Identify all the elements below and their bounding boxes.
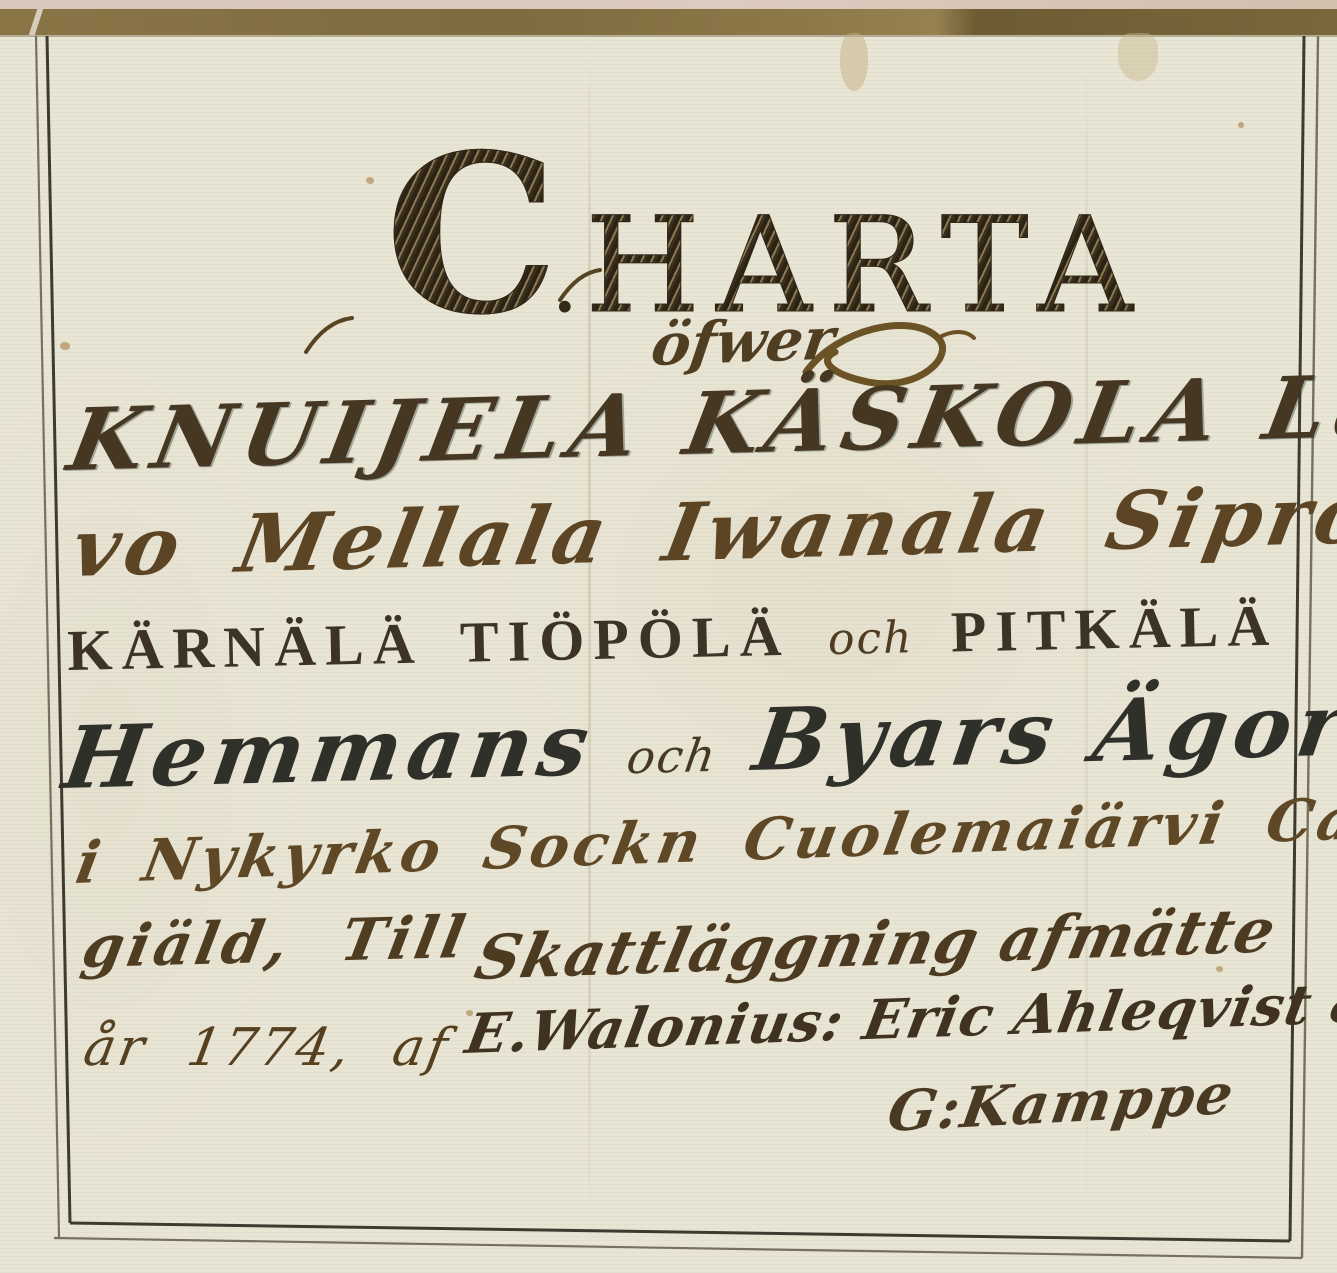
gield-line: giäld, Till [78,908,473,976]
frame-right-outer-line [1302,36,1318,1258]
subtitle-ofwer: öfwer [648,310,838,374]
title-initial-letter: C [385,148,559,322]
signature-kamppe: G:Kamppe [884,1066,1239,1140]
villages-caps-b: PITKÄLÄ [950,593,1279,665]
title-dot: . [551,236,580,326]
year-line: år 1774, af [80,1022,454,1074]
conjunction-och: och [827,612,914,665]
frame-bottom-inner-line [70,1223,1290,1241]
frame-left-outer-line [36,36,59,1237]
document-title: C.HARTA [385,148,1149,332]
ascender-flourish [306,318,352,352]
byars-agor-words: Byars Ägor [748,675,1337,791]
frame-right-inner-line [1290,36,1304,1241]
conjunction-och: och [623,728,721,784]
hemmans-word: Hemmans [57,694,601,809]
map-title-page: C.HARTA öfwer KNUIJELA KÄSKOLA Lau= vo M… [0,0,1337,1273]
frame-bottom-outer-line [54,1238,1302,1258]
